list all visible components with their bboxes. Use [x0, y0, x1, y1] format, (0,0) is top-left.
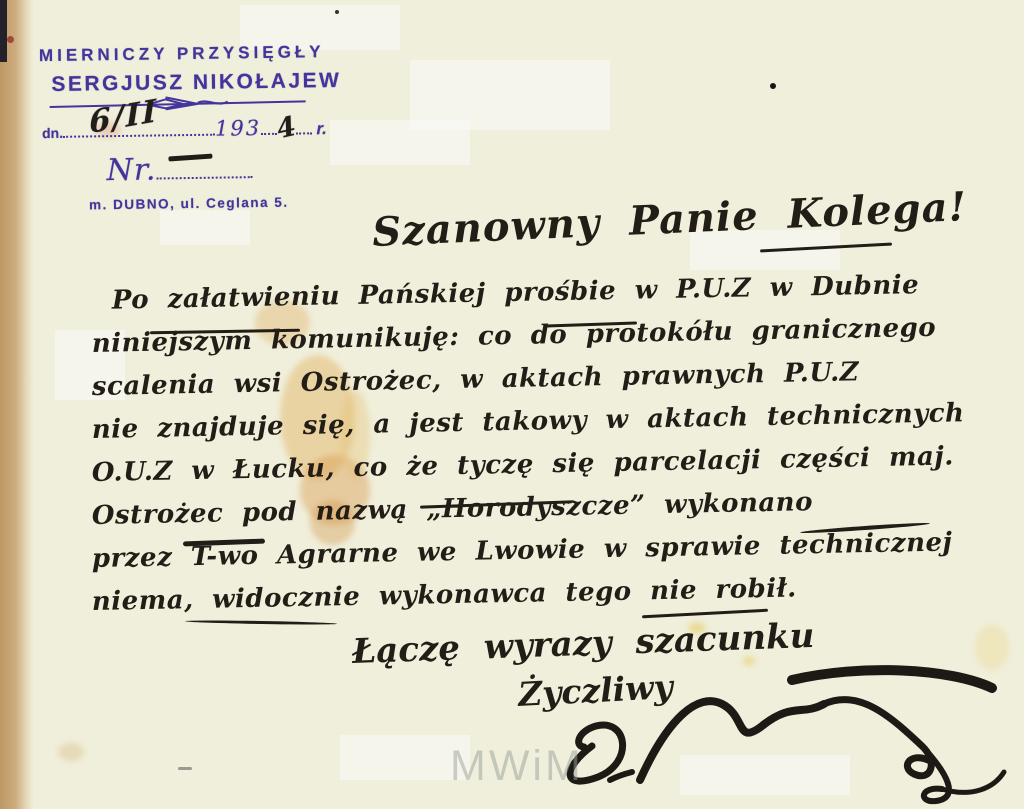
- scan-artifact: [160, 210, 250, 245]
- stamp-date-row: dn.6/II1934 r.: [42, 110, 342, 148]
- stamp-flourish-ornament: [48, 94, 308, 112]
- number-leader-line: [156, 152, 252, 179]
- paper-edge: [0, 0, 34, 809]
- date-label: dn.: [42, 125, 63, 141]
- letterhead-stamp: MIERNICZY PRZYSIĘGŁY SERGJUSZ NIKOŁAJEW …: [39, 42, 343, 213]
- number-label: Nr.: [106, 152, 156, 188]
- letter-body: Po załatwieniu Pańskiej prośbie w P.U.Z …: [92, 286, 962, 630]
- scan-artifact: [330, 120, 470, 165]
- date-suffix: r.: [316, 119, 327, 138]
- ink-speck: [335, 10, 339, 14]
- stamp-name: SERGJUSZ NIKOŁAJEW: [51, 69, 341, 97]
- date-leader-line: 6/II: [63, 114, 215, 138]
- printed-year-prefix: 193: [215, 116, 261, 141]
- corner-dot: [7, 36, 14, 43]
- signature: [540, 658, 1020, 806]
- ink-speck: [770, 83, 776, 89]
- watermark: MWiM: [450, 742, 584, 791]
- corner-smudge: [0, 0, 7, 62]
- handwritten-number-dash: [168, 154, 212, 162]
- stamp-address: m. DUBNO, ul. Ceglana 5.: [89, 194, 343, 213]
- scanned-letter-page: MIERNICZY PRZYSIĘGŁY SERGJUSZ NIKOŁAJEW …: [0, 0, 1024, 809]
- stamp-number-row: Nr.: [106, 150, 343, 189]
- pencil-mark: [178, 767, 192, 770]
- paper-stain: [58, 743, 84, 761]
- stamp-title: MIERNICZY PRZYSIĘGŁY: [39, 42, 341, 66]
- date-leader-dots: [296, 112, 312, 134]
